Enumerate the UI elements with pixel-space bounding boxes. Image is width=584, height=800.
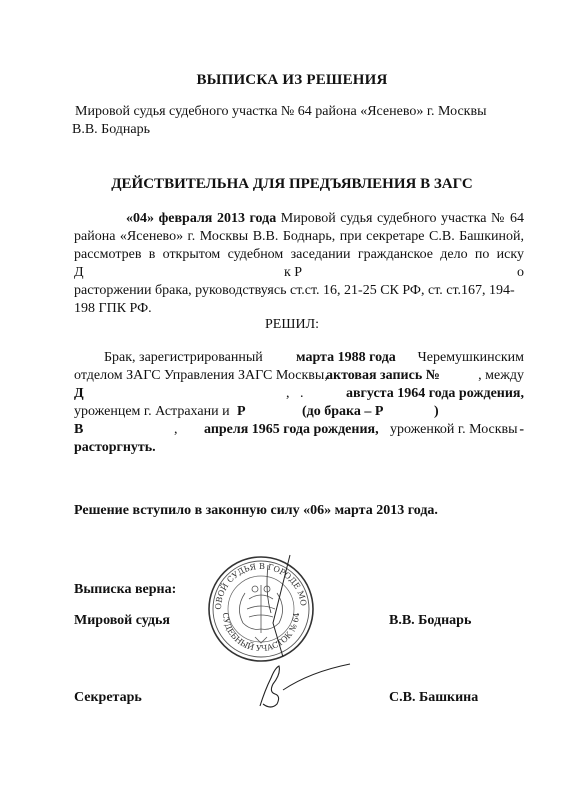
ruling-text: .: [300, 385, 304, 403]
ruling-text: -: [519, 421, 524, 439]
ruling-text: Черемушкинским: [418, 349, 524, 367]
court-header: Мировой судья судебного участка № 64 рай…: [75, 103, 555, 139]
ruling-line: Д , . августа 1964 года рождения,: [74, 385, 524, 403]
ruling-line: Брак, зарегистрированный марта 1988 года…: [74, 349, 524, 367]
record-number-label: актовая запись №: [326, 367, 440, 385]
ruling-line: отделом ЗАГС Управления ЗАГС Москвы, акт…: [74, 367, 524, 385]
intro-line: «04» февраля 2013 года Мировой судья суд…: [74, 210, 524, 228]
secretary-signature-icon: [255, 660, 355, 710]
validity-heading: ДЕЙСТВИТЕЛЬНА ДЛЯ ПРЕДЪЯВЛЕНИЯ В ЗАГС: [0, 176, 584, 193]
ruling-text: ,: [174, 421, 178, 439]
ruling-text: отделом ЗАГС Управления ЗАГС Москвы,: [74, 367, 328, 385]
wife-initial: Р: [237, 403, 246, 421]
ruling-text: ,: [286, 385, 290, 403]
wife-birth: апреля 1965 года рождения,: [204, 421, 379, 439]
ruling-text: уроженцем г. Астрахани и: [74, 403, 230, 421]
certified-label: Выписка верна:: [74, 582, 176, 598]
marriage-date: марта 1988 года: [296, 349, 396, 367]
ruling-text: уроженкой г. Москвы: [390, 421, 518, 439]
ruling-paragraph: Брак, зарегистрированный марта 1988 года…: [74, 349, 524, 457]
ruling-verdict: расторгнуть.: [74, 439, 524, 457]
maiden-name: (до брака – Р: [302, 403, 383, 421]
intro-line: 198 ГПК РФ.: [74, 300, 524, 318]
ruling-text: Брак, зарегистрированный: [104, 349, 263, 367]
judge-line: В.В. Боднарь: [72, 121, 555, 139]
intro-text: о: [517, 264, 524, 282]
husband-initial: Д: [74, 385, 84, 403]
intro-line-parties: Д к Р о: [74, 264, 524, 282]
intro-line: рассмотрев в открытом судебном заседании…: [74, 246, 524, 264]
decision-date: «04» февраля 2013 года: [126, 211, 276, 226]
intro-line: расторжении брака, руководствуясь ст.ст.…: [74, 282, 524, 300]
intro-text: Мировой судья судебного участка № 64: [281, 211, 524, 226]
ruling-text: , между: [478, 367, 524, 385]
ruling-line: уроженцем г. Астрахани и Р (до брака – Р…: [74, 403, 524, 421]
document-title: ВЫПИСКА ИЗ РЕШЕНИЯ: [0, 72, 584, 89]
court-line: Мировой судья судебного участка № 64 рай…: [75, 103, 555, 121]
plaintiff-initial: Д: [74, 264, 84, 282]
ruling-line: В , апреля 1965 года рождения, уроженкой…: [74, 421, 524, 439]
secretary-name: С.В. Башкина: [389, 690, 478, 706]
intro-line: района «Ясенево» г. Москвы В.В. Боднарь,…: [74, 228, 524, 246]
defendant-initial: к Р: [284, 264, 302, 282]
decided-heading: РЕШИЛ:: [0, 317, 584, 333]
ruling-text: ): [434, 403, 439, 421]
intro-paragraph: «04» февраля 2013 года Мировой судья суд…: [74, 210, 524, 318]
secretary-role: Секретарь: [74, 690, 142, 706]
judge-role: Мировой судья: [74, 613, 170, 629]
court-seal-icon: МИРОВОЙ СУДЬЯ В ГОРОДЕ МОСКВЕ СУДЕБНЫЙ У…: [205, 553, 317, 665]
effective-date: Решение вступило в законную силу «06» ма…: [74, 503, 438, 519]
wife-name-initial: В: [74, 421, 83, 439]
judge-name: В.В. Боднарь: [389, 613, 471, 629]
husband-birth: августа 1964 года рождения,: [346, 385, 524, 403]
